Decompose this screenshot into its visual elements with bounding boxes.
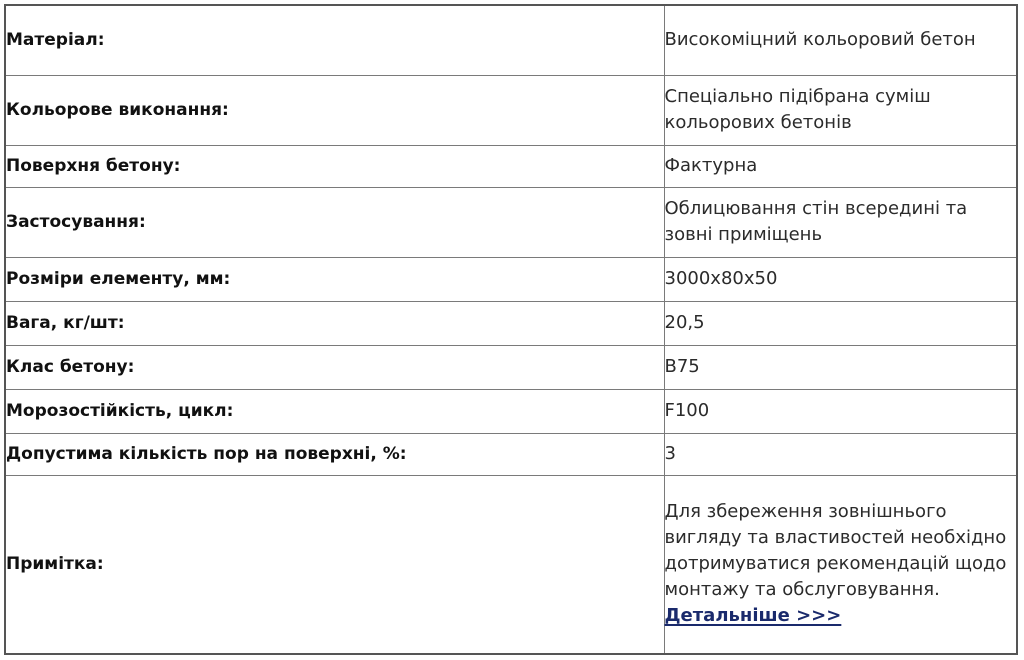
spec-value-frost-resistance: F100 xyxy=(664,389,1017,433)
spec-value-dimensions: 3000x80x50 xyxy=(664,257,1017,301)
spec-label-frost-resistance: Морозостійкість, цикл: xyxy=(5,389,664,433)
spec-label-porosity: Допустима кількість пор на поверхні, %: xyxy=(5,433,664,475)
spec-value-note: Для збереження зовнішнього вигляду та вл… xyxy=(664,475,1017,654)
table-row: Поверхня бетону: Фактурна xyxy=(5,145,1017,187)
spec-label-application: Застосування: xyxy=(5,187,664,257)
spec-label-surface: Поверхня бетону: xyxy=(5,145,664,187)
table-row: Примітка: Для збереження зовнішнього виг… xyxy=(5,475,1017,654)
table-row: Вага, кг/шт: 20,5 xyxy=(5,301,1017,345)
table-row: Розміри елементу, мм: 3000x80x50 xyxy=(5,257,1017,301)
note-text: Для збереження зовнішнього вигляду та вл… xyxy=(665,499,1017,603)
spec-value-weight: 20,5 xyxy=(664,301,1017,345)
spec-label-note: Примітка: xyxy=(5,475,664,654)
spec-value-application: Облицювання стін всередині та зовні прим… xyxy=(664,187,1017,257)
specifications-table: Матеріал: Високоміцний кольоровий бетон … xyxy=(4,4,1018,655)
table-row: Клас бетону: B75 xyxy=(5,345,1017,389)
spec-label-material: Матеріал: xyxy=(5,5,664,75)
table-row: Морозостійкість, цикл: F100 xyxy=(5,389,1017,433)
spec-value-porosity: 3 xyxy=(664,433,1017,475)
table-row: Допустима кількість пор на поверхні, %: … xyxy=(5,433,1017,475)
table-row: Матеріал: Високоміцний кольоровий бетон xyxy=(5,5,1017,75)
spec-label-weight: Вага, кг/шт: xyxy=(5,301,664,345)
spec-value-concrete-class: B75 xyxy=(664,345,1017,389)
details-link[interactable]: Детальніше >>> xyxy=(665,603,842,629)
spec-label-dimensions: Розміри елементу, мм: xyxy=(5,257,664,301)
spec-value-material: Високоміцний кольоровий бетон xyxy=(664,5,1017,75)
spec-value-surface: Фактурна xyxy=(664,145,1017,187)
spec-value-color: Спеціально підібрана суміш кольорових бе… xyxy=(664,75,1017,145)
spec-label-concrete-class: Клас бетону: xyxy=(5,345,664,389)
table-row: Кольорове виконання: Спеціально підібран… xyxy=(5,75,1017,145)
table-row: Застосування: Облицювання стін всередині… xyxy=(5,187,1017,257)
spec-label-color: Кольорове виконання: xyxy=(5,75,664,145)
